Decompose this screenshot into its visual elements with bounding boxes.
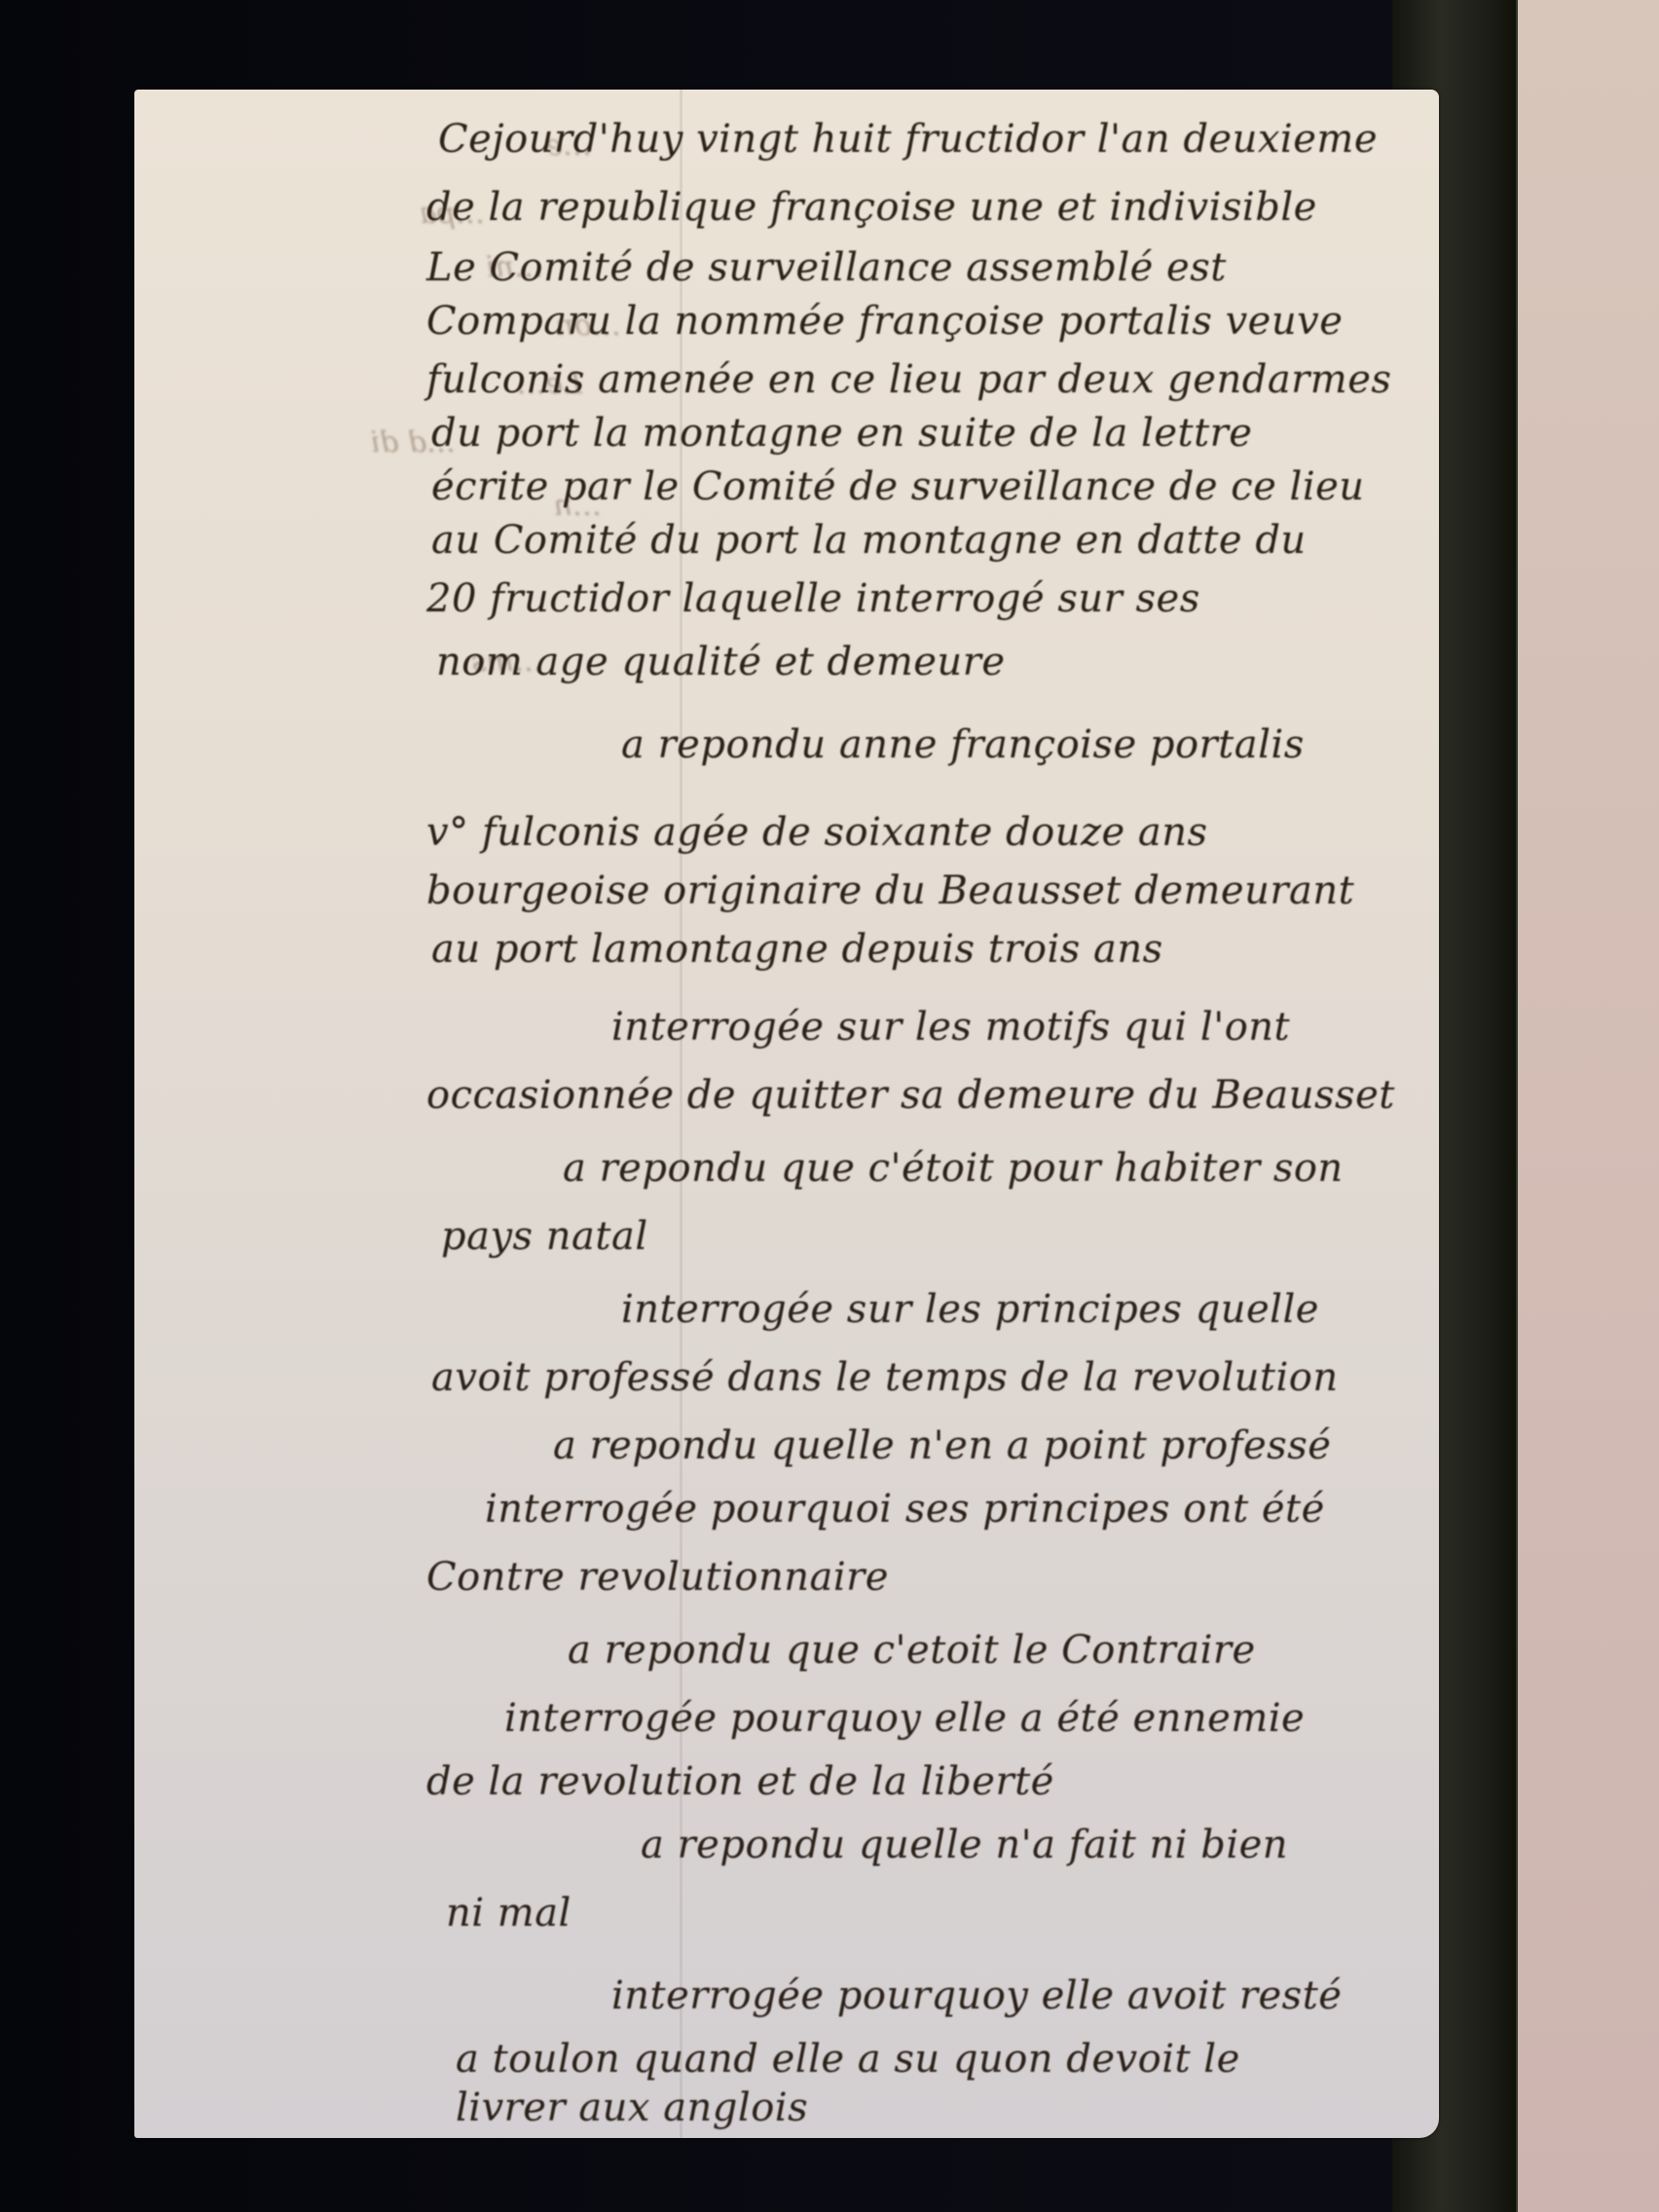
manuscript-line: interrogée sur les motifs qui l'ont	[611, 1005, 1290, 1050]
manuscript-line: Cejourd'huy vingt huit fructidor l'an de…	[438, 117, 1378, 162]
manuscript-line: de la revolution et de la liberté	[426, 1759, 1054, 1804]
manuscript-line: a repondu anne françoise portalis	[621, 722, 1305, 767]
manuscript-line: occasionnée de quitter sa demeure du Bea…	[426, 1073, 1395, 1118]
manuscript-line: bourgeoise originaire du Beausset demeur…	[426, 868, 1354, 913]
manuscript-line: nom age qualité et demeure	[436, 640, 1005, 684]
manuscript-line: Comparu la nommée françoise portalis veu…	[426, 299, 1343, 344]
manuscript-line: a repondu quelle n'a fait ni bien	[641, 1823, 1288, 1867]
manuscript-line: écrite par le Comité de surveillance de …	[431, 464, 1365, 509]
manuscript-line: fulconis amenée en ce lieu par deux gend…	[426, 357, 1391, 402]
manuscript-line: pays natal	[441, 1214, 648, 1259]
manuscript-line: a repondu que c'etoit le Contraire	[568, 1628, 1256, 1673]
manuscript-line: v° fulconis agée de soixante douze ans	[426, 810, 1208, 855]
manuscript-line: avoit professé dans le temps de la revol…	[431, 1355, 1339, 1400]
manuscript-line: a repondu que c'étoit pour habiter son	[563, 1146, 1344, 1191]
manuscript-line: Le Comité de surveillance assemblé est	[426, 245, 1227, 290]
manuscript-line: Contre revolutionnaire	[426, 1555, 889, 1600]
table-surface	[1516, 0, 1659, 2212]
manuscript-line: du port la montagne en suite de la lettr…	[431, 411, 1252, 456]
manuscript-line: ni mal	[446, 1891, 571, 1935]
manuscript-line: au port lamontagne depuis trois ans	[431, 927, 1163, 972]
manuscript-line: de la republique françoise une et indivi…	[426, 185, 1317, 230]
manuscript-line: interrogée pourquoy elle a été ennemie	[504, 1696, 1305, 1741]
manuscript-page: …e …pa …ni …on Le… …d di …n …ms Cejourd'…	[134, 90, 1439, 2138]
manuscript-line: a toulon quand elle a su quon devoit le	[456, 2037, 1240, 2082]
manuscript-line: interrogée pourquoi ses principes ont ét…	[485, 1487, 1325, 1531]
manuscript-line: a repondu quelle n'en a point professé	[553, 1423, 1331, 1468]
manuscript-line: 20 fructidor laquelle interrogé sur ses	[426, 576, 1200, 621]
manuscript-line: au Comité du port la montagne en datte d…	[431, 518, 1307, 563]
manuscript-line: livrer aux anglois	[456, 2085, 808, 2130]
margin-bleed-through: …d di	[144, 425, 456, 460]
manuscript-line: interrogée sur les principes quelle	[621, 1287, 1319, 1332]
manuscript-line: interrogée pourquoy elle avoit resté	[611, 1973, 1342, 2018]
